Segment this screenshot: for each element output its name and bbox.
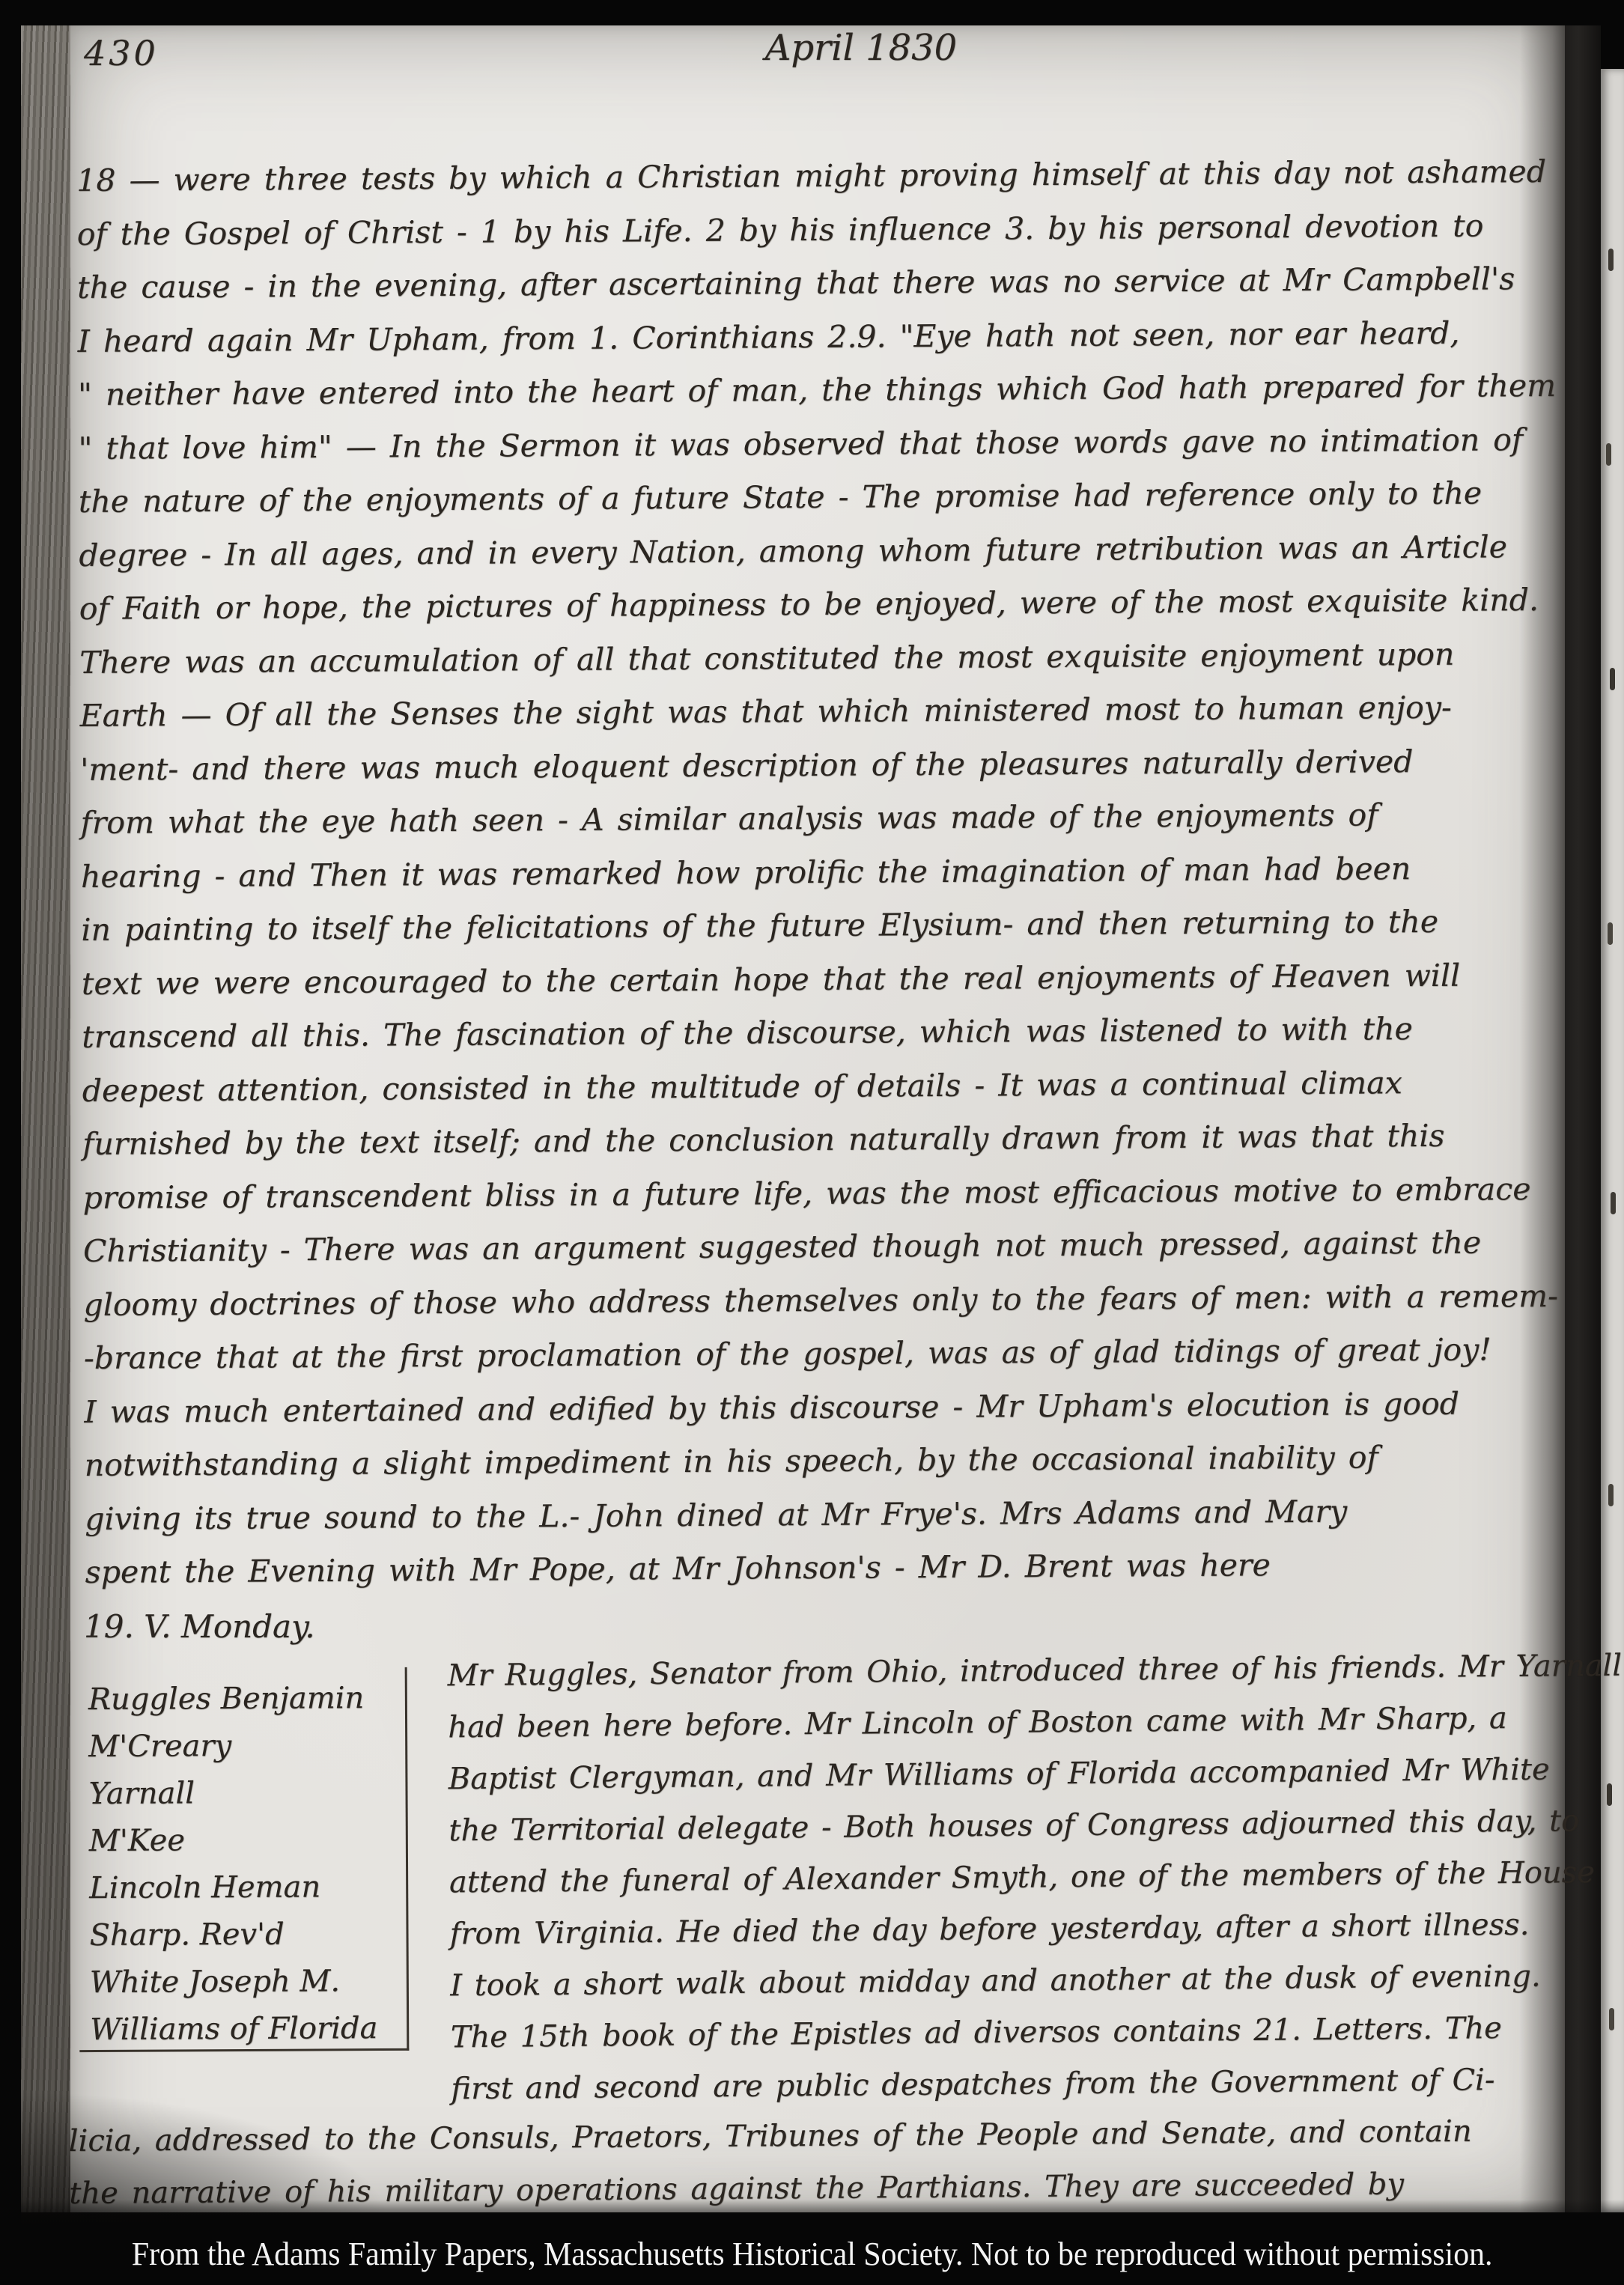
manuscript-line: Earth — Of all the Senses the sight was … xyxy=(79,681,1539,743)
manuscript-line: furnished by the text itself; and the co… xyxy=(82,1109,1542,1171)
visitor-names-list: Ruggles BenjaminM'CrearyYarnallM'KeeLinc… xyxy=(78,1667,410,2052)
manuscript-line: " that love him" — In the Sermon it was … xyxy=(78,413,1538,475)
manuscript-line: attend the funeral of Alexander Smyth, o… xyxy=(449,1848,1536,1909)
visitor-name: Yarnall xyxy=(88,1769,405,1818)
visitor-name: M'Kee xyxy=(89,1816,406,1865)
visitor-name: Sharp. Rev'd xyxy=(89,1911,406,1959)
manuscript-line: 'ment- and there was much eloquent descr… xyxy=(80,734,1540,797)
visitor-name: M'Creary xyxy=(88,1722,405,1771)
next-page-sliver xyxy=(1601,69,1624,2212)
entry-19-heading: 19. V. Monday. xyxy=(84,1608,315,1645)
date-header: April 1830 xyxy=(150,27,1572,69)
manuscript-line: The 15th book of the Epistles ad diverso… xyxy=(451,2003,1537,2064)
manuscript-line: spent the Evening with Mr Pope, at Mr Jo… xyxy=(85,1537,1545,1599)
manuscript-line: transcend all this. The fascination of t… xyxy=(82,1002,1542,1064)
next-page-ink-marks xyxy=(1608,249,1614,271)
page-number: 430 xyxy=(84,33,159,73)
manuscript-line: I heard again Mr Upham, from 1. Corinthi… xyxy=(77,306,1537,368)
visitor-name: White Joseph M. xyxy=(90,1958,407,2006)
manuscript-line: I was much entertained and edified by th… xyxy=(84,1377,1544,1439)
manuscript-line: the nature of the enjoyments of a future… xyxy=(79,466,1539,529)
manuscript-line: deepest attention, consisted in the mult… xyxy=(82,1056,1542,1118)
manuscript-line: from what the eye hath seen - A similar … xyxy=(80,788,1540,850)
manuscript-line: the cause - in the evening, after ascert… xyxy=(77,252,1537,314)
manuscript-line: of Faith or hope, the pictures of happin… xyxy=(79,573,1539,636)
manuscript-line: " neither have entered into the heart of… xyxy=(78,359,1538,422)
manuscript-line: in painting to itself the felicitations … xyxy=(81,895,1541,957)
entry-18-paragraph: 18 — were three tests by which a Christi… xyxy=(76,145,1545,1599)
manuscript-line: of the Gospel of Christ - 1 by his Life.… xyxy=(77,199,1537,261)
manuscript-line: had been here before. Mr Lincoln of Bost… xyxy=(448,1693,1534,1754)
visitor-name: Lincoln Heman xyxy=(89,1863,406,1912)
manuscript-line: 18 — were three tests by which a Christi… xyxy=(76,145,1536,207)
manuscript-line: text we were encouraged to the certain h… xyxy=(82,949,1542,1011)
manuscript-line: I took a short walk about midday and ano… xyxy=(450,1951,1536,2012)
manuscript-line: from Virginia. He died the day before ye… xyxy=(449,1899,1536,1961)
credit-text: From the Adams Family Papers, Massachuse… xyxy=(132,2235,1493,2285)
manuscript-line: Mr Ruggles, Senator from Ohio, introduce… xyxy=(447,1641,1533,1703)
manuscript-line: gloomy doctrines of those who address th… xyxy=(83,1270,1543,1332)
manuscript-line: Christianity - There was an argument sug… xyxy=(83,1216,1543,1278)
manuscript-line: -brance that at the first proclamation o… xyxy=(84,1323,1544,1385)
credit-banner: From the Adams Family Papers, Massachuse… xyxy=(0,2200,1624,2285)
manuscript-line: notwithstanding a slight impediment in h… xyxy=(85,1430,1545,1492)
manuscript-line: Baptist Clergyman, and Mr Williams of Fl… xyxy=(448,1744,1535,1806)
book-left-page-edges xyxy=(21,25,72,2212)
manuscript-line: the Territorial delegate - Both houses o… xyxy=(448,1796,1535,1857)
manuscript-line: degree - In all ages, and in every Natio… xyxy=(79,520,1539,582)
manuscript-line: giving its true sound to the L.- John di… xyxy=(85,1484,1545,1546)
visitor-name: Ruggles Benjamin xyxy=(88,1675,405,1723)
manuscript-line: hearing - and Then it was remarked how p… xyxy=(81,842,1541,904)
visitor-name: Williams of Florida xyxy=(90,2005,407,2054)
manuscript-line: There was an accumulation of all that co… xyxy=(79,627,1539,690)
entry-19-paragraph: Mr Ruggles, Senator from Ohio, introduce… xyxy=(447,1641,1536,2116)
manuscript-line: promise of transcendent bliss in a futur… xyxy=(82,1163,1542,1225)
